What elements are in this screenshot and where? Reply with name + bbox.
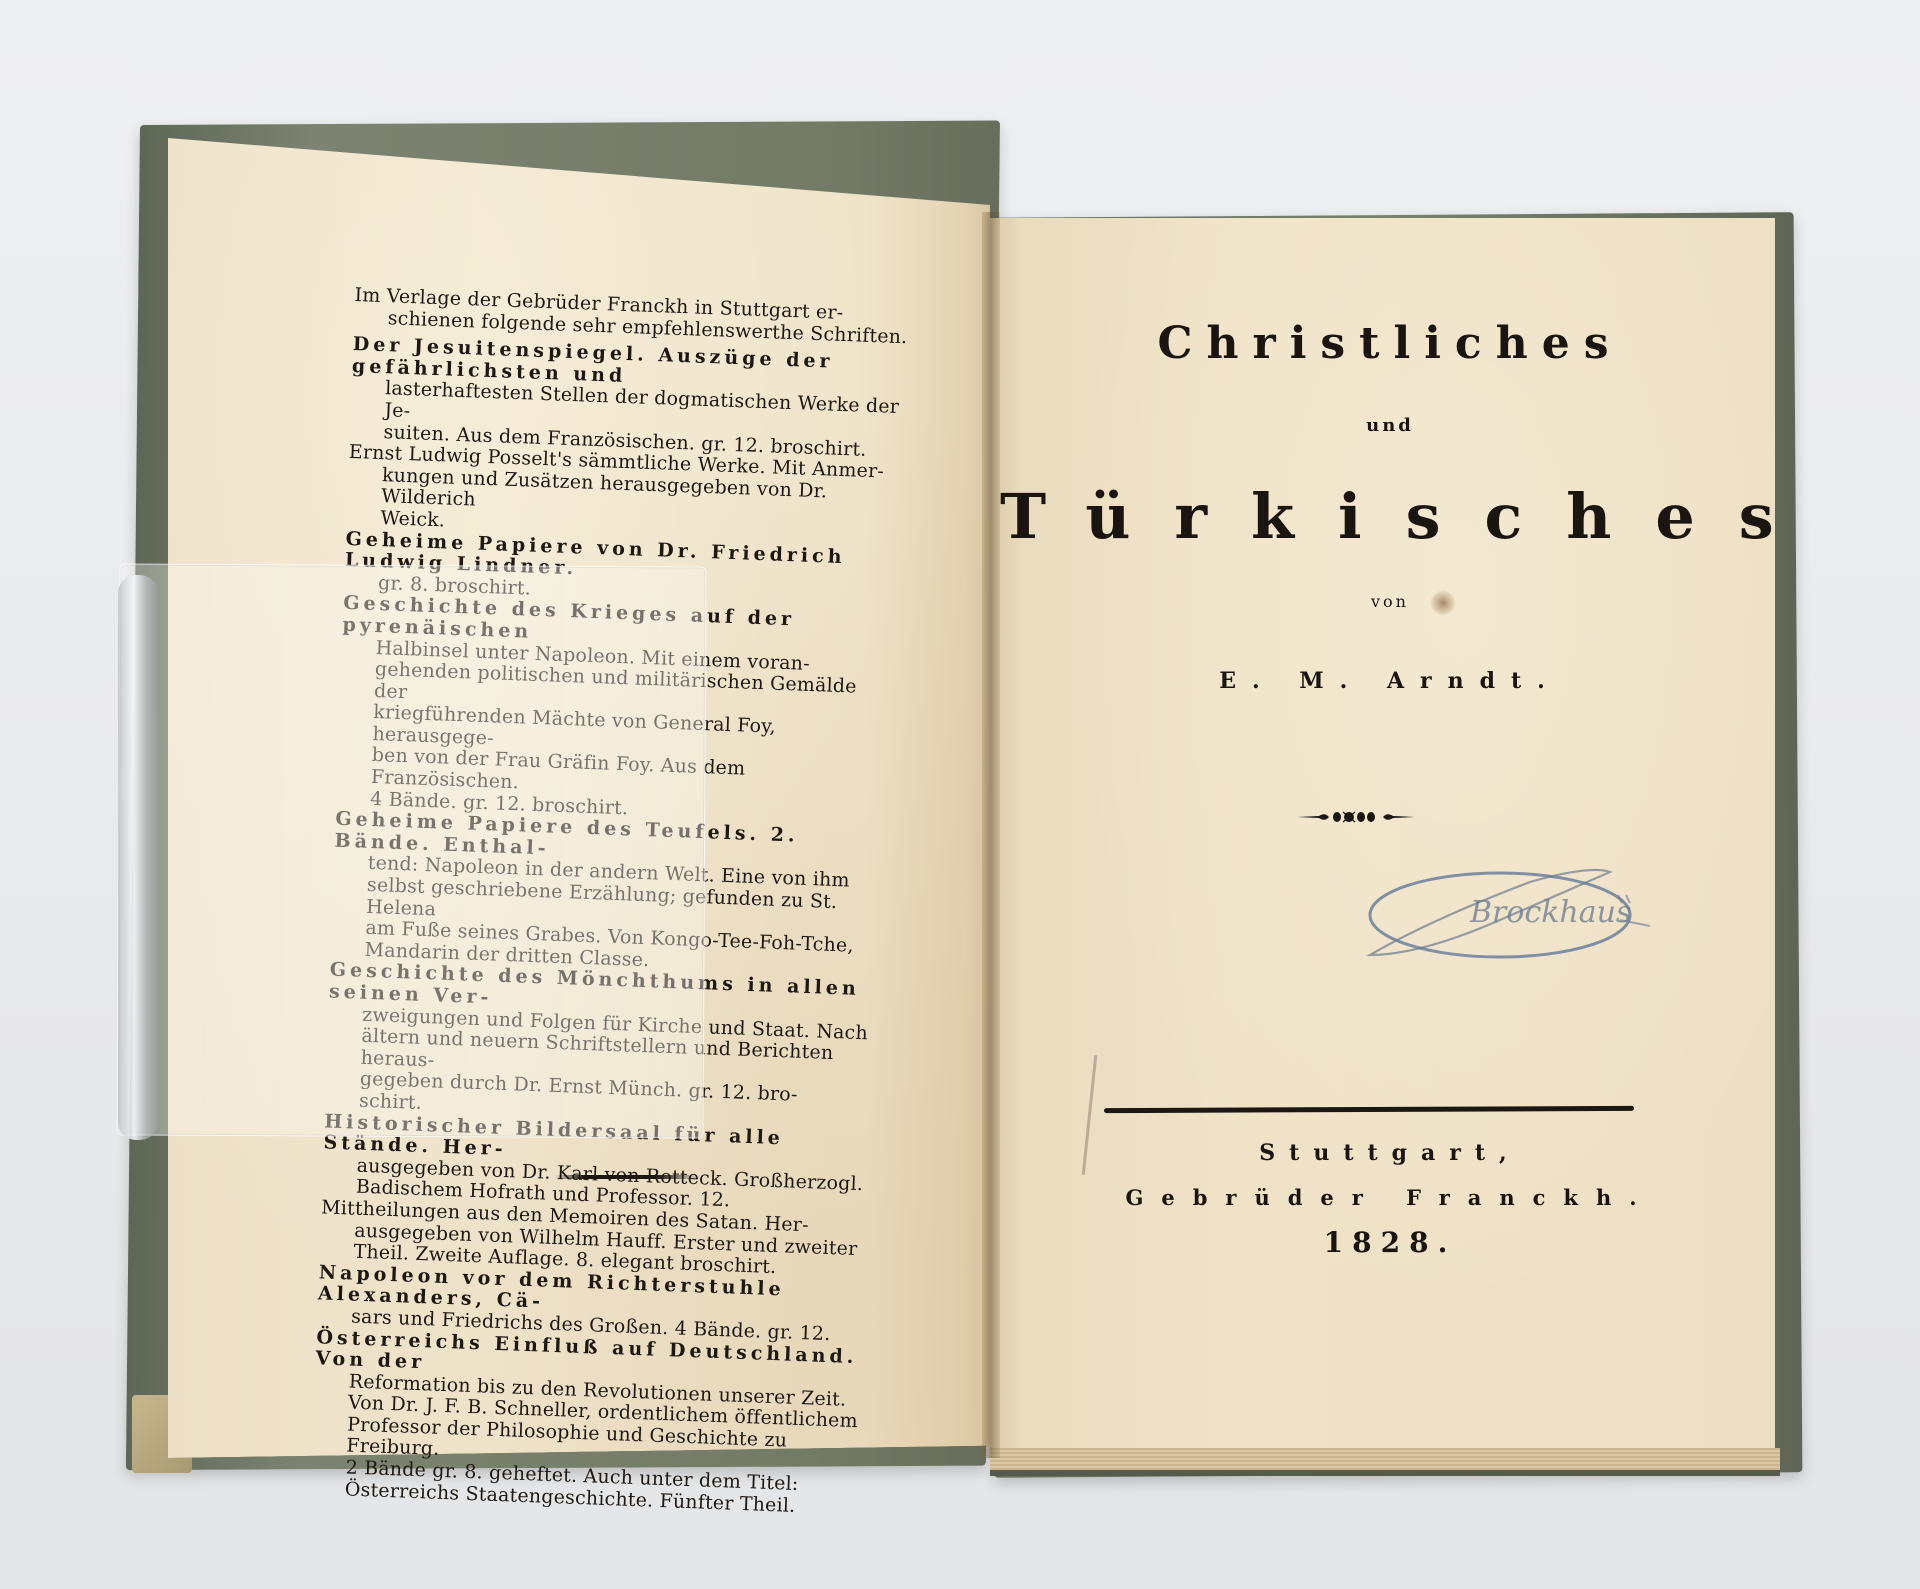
author-by: von (1000, 592, 1780, 611)
title-line-2: Türkisches (1000, 480, 1780, 553)
ornament-icon (1297, 810, 1415, 824)
imprint-place: Stuttgart, (1000, 1140, 1780, 1166)
imprint-publisher: Gebrüder Franckh. (1000, 1185, 1780, 1210)
book-gutter (982, 212, 1000, 1458)
imprint-rule (1104, 1106, 1634, 1113)
title-line-1: Christliches (1000, 318, 1780, 369)
book-photo: Im Verlage der Gebrüder Franckh in Stutt… (0, 0, 1920, 1589)
catalog-entry: Österreichs Einfluß auf Deutschland. Von… (310, 1327, 871, 1520)
ownership-stamp: Brockhaus (1350, 860, 1680, 970)
catalog-end-rule (555, 1175, 700, 1179)
author-name: E. M. Arndt. (1000, 668, 1780, 694)
title-conjunction: und (1000, 415, 1780, 436)
foxing-stain (1430, 590, 1456, 616)
acrylic-book-stand (117, 563, 707, 1138)
imprint-year: 1828. (1000, 1226, 1780, 1259)
acrylic-stand-edge (118, 575, 158, 1140)
svg-text:Brockhaus: Brockhaus (1469, 895, 1631, 930)
title-page: Christliches und Türkisches von E. M. Ar… (1000, 0, 1780, 1589)
